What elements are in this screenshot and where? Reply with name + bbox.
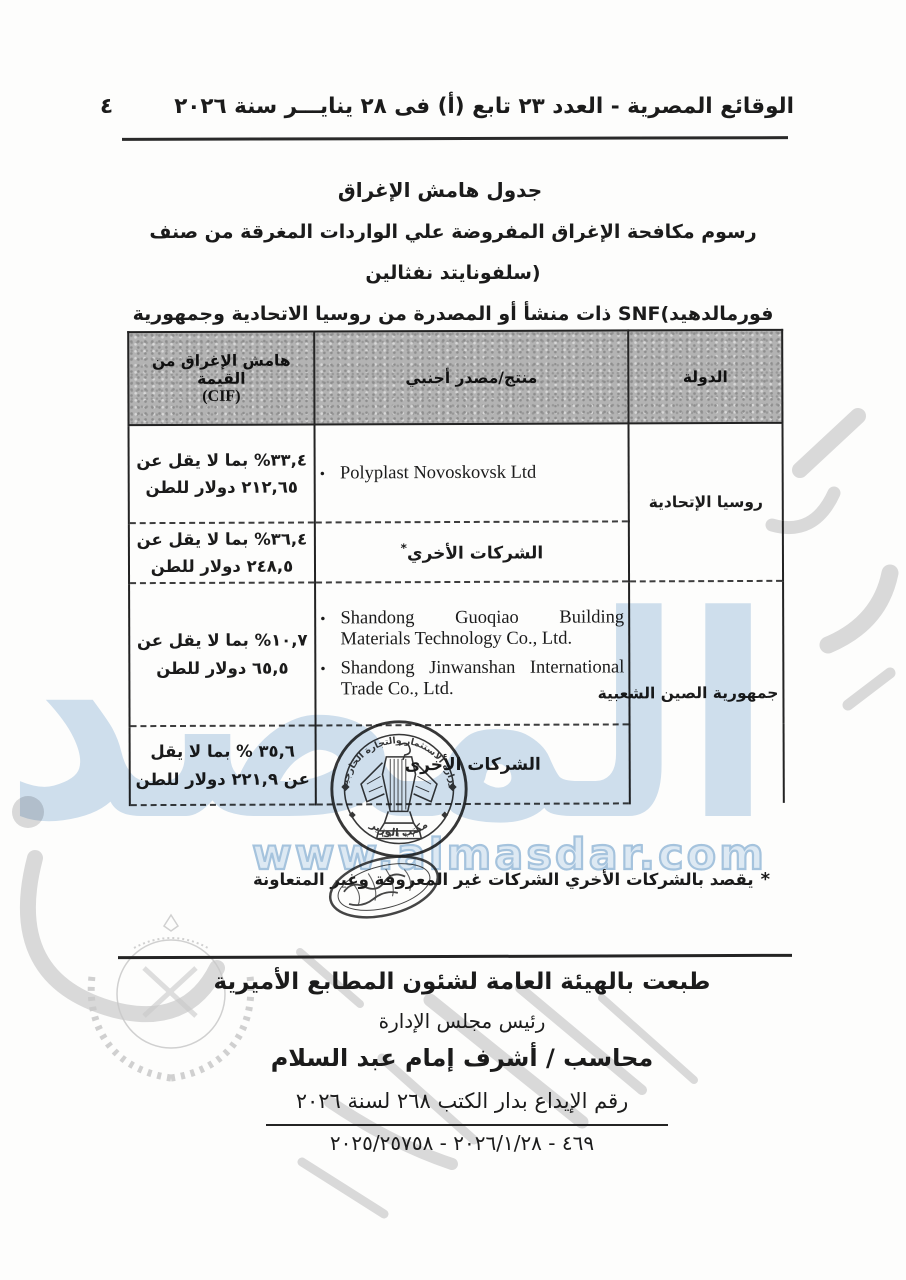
footer-rule-bottom <box>266 1124 668 1126</box>
gazette-scanned-page: الوقائع المصرية - العدد ٢٣ تابع (أ) فى ٢… <box>0 0 906 1280</box>
country-cell-russia: روسيا الإتحادية <box>628 423 783 582</box>
footnote: *يقصد بالشركات الأخري الشركات غير المعرو… <box>253 869 770 890</box>
chairman-name-line: محاسب / أشرف إمام عبد السلام <box>92 1044 832 1072</box>
page-number: ٤ <box>100 94 113 119</box>
col-header-margin-unit: (CIF) <box>133 387 309 406</box>
producer-cell-other-companies-china: الشركات الأخرى <box>316 724 630 804</box>
col-header-margin-text: هامش الإغراق من القيمة <box>133 351 309 388</box>
deposit-number-line: رقم الإيداع بدار الكتب ٢٦٨ لسنة ٢٠٢٦ <box>92 1089 832 1113</box>
col-header-margin: هامش الإغراق من القيمة (CIF) <box>128 331 314 425</box>
table-row-russia-producer: روسيا الإتحادية • Polyplast Novoskovsk L… <box>129 423 783 523</box>
table-header-row: الدولة منتج/مصدر أجنبي هامش الإغراق من ا… <box>128 330 782 425</box>
gazette-issue-line: الوقائع المصرية - العدد ٢٣ تابع (أ) فى ٢… <box>174 94 794 119</box>
margin-cell-china-2: ٣٥,٦ % بما لا يقل عن ٢٢١,٩ دولار للطن <box>130 725 316 805</box>
producer-cell-shandong: • Shandong Guoqiao Building Materials Te… <box>315 581 629 725</box>
footnote-marker: * <box>761 869 770 890</box>
document-content: الوقائع المصرية - العدد ٢٣ تابع (أ) فى ٢… <box>0 0 906 1280</box>
bullet-icon: • <box>320 658 325 700</box>
producer-name: Polyplast Novoskovsk Ltd <box>340 462 624 484</box>
gazette-header: الوقائع المصرية - العدد ٢٣ تابع (أ) فى ٢… <box>100 94 794 119</box>
footer-rule-top <box>118 954 792 959</box>
bullet-icon: • <box>320 608 325 650</box>
reference-numbers-line: ٤٦٩ - ٢٠٢٦/١/٢٨ - ٢٠٢٥/٢٥٧٥٨ <box>92 1131 832 1155</box>
header-rule <box>122 136 788 141</box>
country-cell-china: جمهورية الصين الشعبية <box>629 581 784 804</box>
col-header-country: الدولة <box>628 330 782 424</box>
producer-cell-other-companies-russia: الشركات الأخري* <box>315 521 629 582</box>
chairman-title-line: رئيس مجلس الإدارة <box>92 1009 832 1033</box>
margin-cell-russia-2: ٣٦,٤% بما لا يقل عن ٢٤٨,٥ دولار للطن <box>129 522 315 583</box>
producer-name: Shandong Guoqiao Building Materials Tech… <box>340 607 624 650</box>
printed-by-line: طبعت بالهيئة العامة لشئون المطابع الأمير… <box>92 969 832 995</box>
col-header-producer: منتج/مصدر أجنبي <box>314 330 628 424</box>
producer-cell-polyplast: • Polyplast Novoskovsk Ltd <box>314 423 628 522</box>
other-companies-label: الشركات الأخري <box>407 543 543 563</box>
table-row-china-producers: جمهورية الصين الشعبية • Shandong Guoqiao… <box>129 581 783 726</box>
intro-line-1: رسوم مكافحة الإغراق المفروضة علي الواردا… <box>120 212 786 294</box>
bullet-icon: • <box>320 463 325 484</box>
dumping-margin-table: الدولة منتج/مصدر أجنبي هامش الإغراق من ا… <box>127 329 785 806</box>
footnote-text: يقصد بالشركات الأخري الشركات غير المعروف… <box>253 870 754 889</box>
dumping-table-title: جدول هامش الإغراق <box>0 178 880 202</box>
margin-cell-russia-1: ٣٣,٤% بما لا يقل عن ٢١٢,٦٥ دولار للطن <box>129 424 315 523</box>
margin-cell-china-1: ١٠,٧% بما لا يقل عن ٦٥,٥ دولار للطن <box>129 582 315 726</box>
producer-name: Shandong Jinwanshan International Trade … <box>341 657 625 700</box>
